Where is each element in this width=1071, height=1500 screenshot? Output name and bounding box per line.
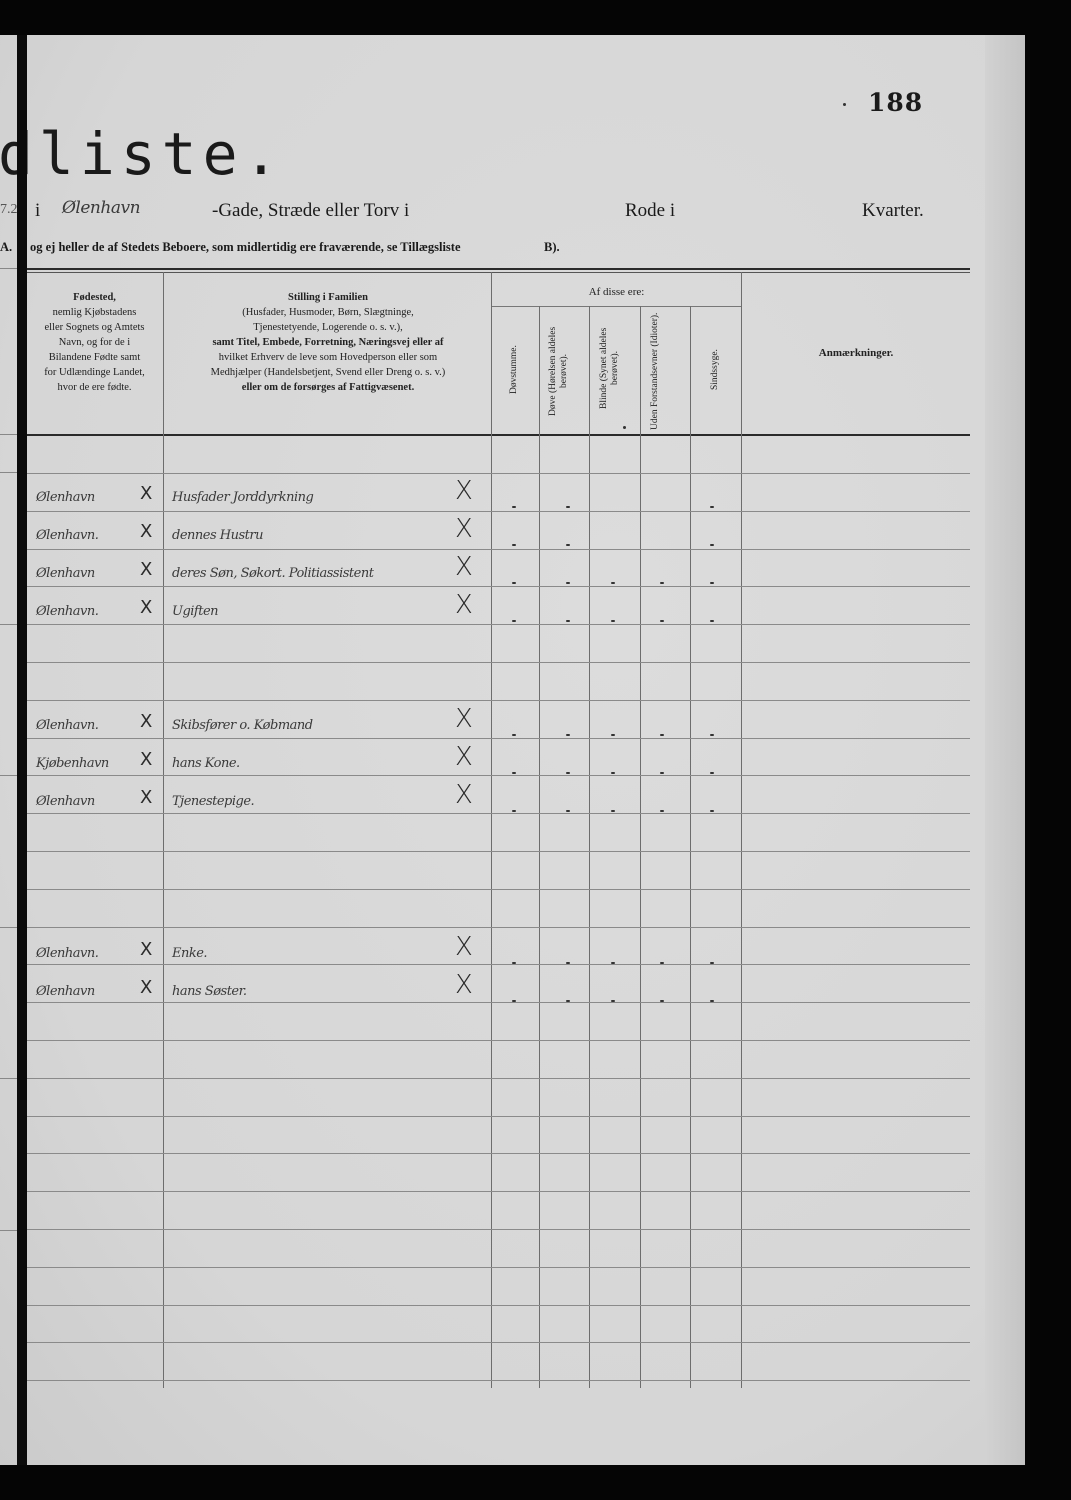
column-dot-mark [710, 544, 714, 546]
birthplace-check-mark: X [140, 597, 152, 618]
position-check-mark: X [455, 704, 473, 734]
page-number: 188 [868, 88, 923, 117]
column-dot-mark [566, 544, 570, 546]
column-dot-mark [710, 734, 714, 736]
row-rule [20, 1153, 970, 1154]
address-prefix-fragment: 7.2 [0, 202, 18, 218]
note-suffix: B). [544, 240, 560, 255]
header-birthplace-line: nemlig Kjøbstadens [26, 305, 163, 320]
position-check-mark: X [455, 970, 473, 1000]
column-dot-mark [710, 772, 714, 774]
header-family-position: Stilling i Familien (Husfader, Husmoder,… [166, 290, 490, 395]
row-rule [20, 1116, 970, 1117]
birthplace-cell: Ølenhavn [36, 490, 95, 505]
page-title: dliste. [0, 120, 284, 188]
row-rule [20, 813, 970, 814]
header-birthplace-line: eller Sognets og Amtets [26, 320, 163, 335]
row-rule [20, 738, 970, 739]
scan-border-right [1025, 0, 1071, 1500]
column-dot-mark [566, 772, 570, 774]
header-position-line: hvilket Erhverv de leve som Hovedperson … [166, 350, 490, 365]
position-check-mark: X [455, 552, 473, 582]
row-rule [20, 1002, 970, 1003]
header-blind: Blinde (Synet aldeles berøvet). [599, 312, 629, 424]
header-group-af-disse-ere: Af disse ere: [492, 285, 741, 300]
family-position-cell: hans Søster. [172, 984, 247, 999]
birthplace-check-mark: X [140, 977, 152, 998]
header-position-line: (Husfader, Husmoder, Børn, Slægtninge, [166, 305, 490, 320]
row-rule [20, 511, 970, 512]
prev-page-rule [0, 1230, 17, 1231]
column-dot-mark [710, 810, 714, 812]
column-dot-mark [611, 620, 615, 622]
row-rule [20, 473, 970, 474]
column-dot-mark [512, 962, 516, 964]
birthplace-cell: Kjøbenhavn [36, 756, 109, 771]
header-deaf: Døve (Hørelsen aldeles berøvet). [548, 312, 578, 430]
header-insane: Sindssyge. [710, 312, 721, 428]
column-dot-mark [611, 962, 615, 964]
birthplace-check-mark: X [140, 521, 152, 542]
row-rule [20, 889, 970, 890]
family-position-cell: hans Kone. [172, 756, 240, 771]
header-remarks: Anmærkninger. [742, 346, 970, 361]
row-rule [20, 964, 970, 965]
prev-page-rule [0, 624, 17, 625]
col-divider-sub2 [589, 306, 590, 1388]
column-dot-mark [710, 506, 714, 508]
birthplace-cell: Ølenhavn. [36, 718, 98, 733]
header-birthplace-title: Fødested, [26, 290, 163, 305]
header-birthplace: Fødested, nemlig Kjøbstadens eller Sogne… [26, 290, 163, 395]
position-check-mark: X [455, 780, 473, 810]
family-position-cell: dennes Hustru [172, 528, 263, 543]
column-dot-mark [512, 810, 516, 812]
birthplace-check-mark: X [140, 483, 152, 504]
column-dot-mark [512, 734, 516, 736]
column-dot-mark [660, 734, 664, 736]
family-position-cell: Enke. [172, 946, 207, 961]
group-header-rule [492, 306, 742, 307]
scan-border-top [0, 0, 1071, 35]
row-rule [20, 586, 970, 587]
column-dot-mark [512, 544, 516, 546]
column-dot-mark [660, 962, 664, 964]
col-divider-sub4 [690, 306, 691, 1388]
prev-page-rule [0, 434, 17, 435]
family-position-cell: Skibsfører o. Købmand [172, 718, 313, 733]
column-dot-mark [611, 582, 615, 584]
column-dot-mark [512, 506, 516, 508]
row-rule [20, 1191, 970, 1192]
street-type-label: -Gade, Stræde eller Torv i [212, 200, 409, 222]
position-check-mark: X [455, 514, 473, 544]
row-rule [20, 549, 970, 550]
birthplace-check-mark: X [140, 787, 152, 808]
column-dot-mark [566, 582, 570, 584]
book-binding-shadow [17, 0, 27, 1500]
row-rule [20, 1229, 970, 1230]
prev-page-rule [0, 927, 17, 928]
note-prefix-fragment: A. [0, 240, 12, 255]
column-dot-mark [660, 772, 664, 774]
position-check-mark: X [455, 932, 473, 962]
column-dot-mark [660, 810, 664, 812]
column-dot-mark [566, 620, 570, 622]
row-rule [20, 1267, 970, 1268]
column-dot-mark [566, 1000, 570, 1002]
column-dot-mark [512, 772, 516, 774]
row-rule [20, 851, 970, 852]
prev-page-rule [0, 1078, 17, 1079]
birthplace-cell: Ølenhavn [36, 794, 95, 809]
header-top-rule [20, 268, 970, 270]
row-rule [20, 1305, 970, 1306]
position-check-mark: X [455, 476, 473, 506]
column-dot-mark [512, 582, 516, 584]
birthplace-check-mark: X [140, 559, 152, 580]
position-check-mark: X [455, 742, 473, 772]
page-edge-shadow [985, 35, 1025, 1465]
family-position-cell: Ugiften [172, 604, 218, 619]
header-birthplace-line: hvor de ere fødte. [26, 380, 163, 395]
header-position-line: Tjenestetyende, Logerende o. s. v.), [166, 320, 490, 335]
family-position-cell: deres Søn, Søkort. Politiassistent [172, 566, 373, 581]
header-deaf-mute: Døvstumme. [509, 312, 520, 428]
column-dot-mark [566, 506, 570, 508]
row-rule [20, 1078, 970, 1079]
header-family-position-title: Stilling i Familien [166, 290, 490, 305]
prev-page-rule [0, 775, 17, 776]
column-dot-mark [660, 1000, 664, 1002]
birthplace-cell: Ølenhavn. [36, 528, 98, 543]
birthplace-check-mark: X [140, 711, 152, 732]
position-check-mark: X [455, 590, 473, 620]
column-dot-mark [710, 962, 714, 964]
header-birthplace-line: Bilandene Fødte samt [26, 350, 163, 365]
column-dot-mark [611, 810, 615, 812]
header-idiots: Uden Forstandsevner (Idioter). [650, 312, 680, 430]
header-position-line: eller om de forsørges af Fattigvæsenet. [166, 380, 490, 395]
birthplace-check-mark: X [140, 939, 152, 960]
col-divider-position [491, 272, 492, 1388]
header-birthplace-line: for Udlændinge Landet, [26, 365, 163, 380]
address-i-label: i [35, 200, 40, 222]
family-position-cell: Tjenestepige. [172, 794, 254, 809]
birthplace-cell: Ølenhavn [36, 566, 95, 581]
kvarter-label: Kvarter. [862, 200, 924, 222]
row-rule [20, 1040, 970, 1041]
birthplace-cell: Ølenhavn [36, 984, 95, 999]
column-dot-mark [566, 734, 570, 736]
birthplace-check-mark: X [140, 749, 152, 770]
street-name-handwritten: Ølenhavn [62, 198, 140, 218]
column-dot-mark [512, 620, 516, 622]
prev-page-rule [0, 472, 17, 473]
row-rule [20, 624, 970, 625]
row-rule [20, 700, 970, 701]
column-dot-mark [611, 734, 615, 736]
rode-label: Rode i [625, 200, 675, 222]
row-rule [20, 775, 970, 776]
ink-speck [843, 103, 846, 106]
column-dot-mark [611, 772, 615, 774]
row-rule [20, 662, 970, 663]
col-divider-sub1 [539, 306, 540, 1388]
birthplace-cell: Ølenhavn. [36, 604, 98, 619]
column-dot-mark [710, 620, 714, 622]
column-dot-mark [710, 582, 714, 584]
column-dot-mark [611, 1000, 615, 1002]
column-dot-mark [566, 810, 570, 812]
column-dot-mark [660, 620, 664, 622]
row-rule [20, 1342, 970, 1343]
prev-page-rule [0, 268, 17, 269]
birthplace-cell: Ølenhavn. [36, 946, 98, 961]
scan-border-bottom [0, 1465, 1071, 1500]
column-dot-mark [710, 1000, 714, 1002]
ink-speck [623, 426, 626, 429]
column-dot-mark [512, 1000, 516, 1002]
header-position-line: Medhjælper (Handelsbetjent, Svend eller … [166, 365, 490, 380]
family-position-cell: Husfader Jorddyrkning [172, 490, 313, 505]
col-divider-birthplace [163, 272, 164, 1388]
col-divider-remarks [741, 272, 742, 1388]
row-rule [20, 927, 970, 928]
column-dot-mark [566, 962, 570, 964]
header-position-line: samt Titel, Embede, Forretning, Næringsv… [166, 335, 490, 350]
col-divider-sub3 [640, 306, 641, 1388]
header-birthplace-line: Navn, og for de i [26, 335, 163, 350]
column-dot-mark [660, 582, 664, 584]
absentees-note: og ej heller de af Stedets Beboere, som … [30, 240, 461, 255]
row-rule [20, 1380, 970, 1381]
